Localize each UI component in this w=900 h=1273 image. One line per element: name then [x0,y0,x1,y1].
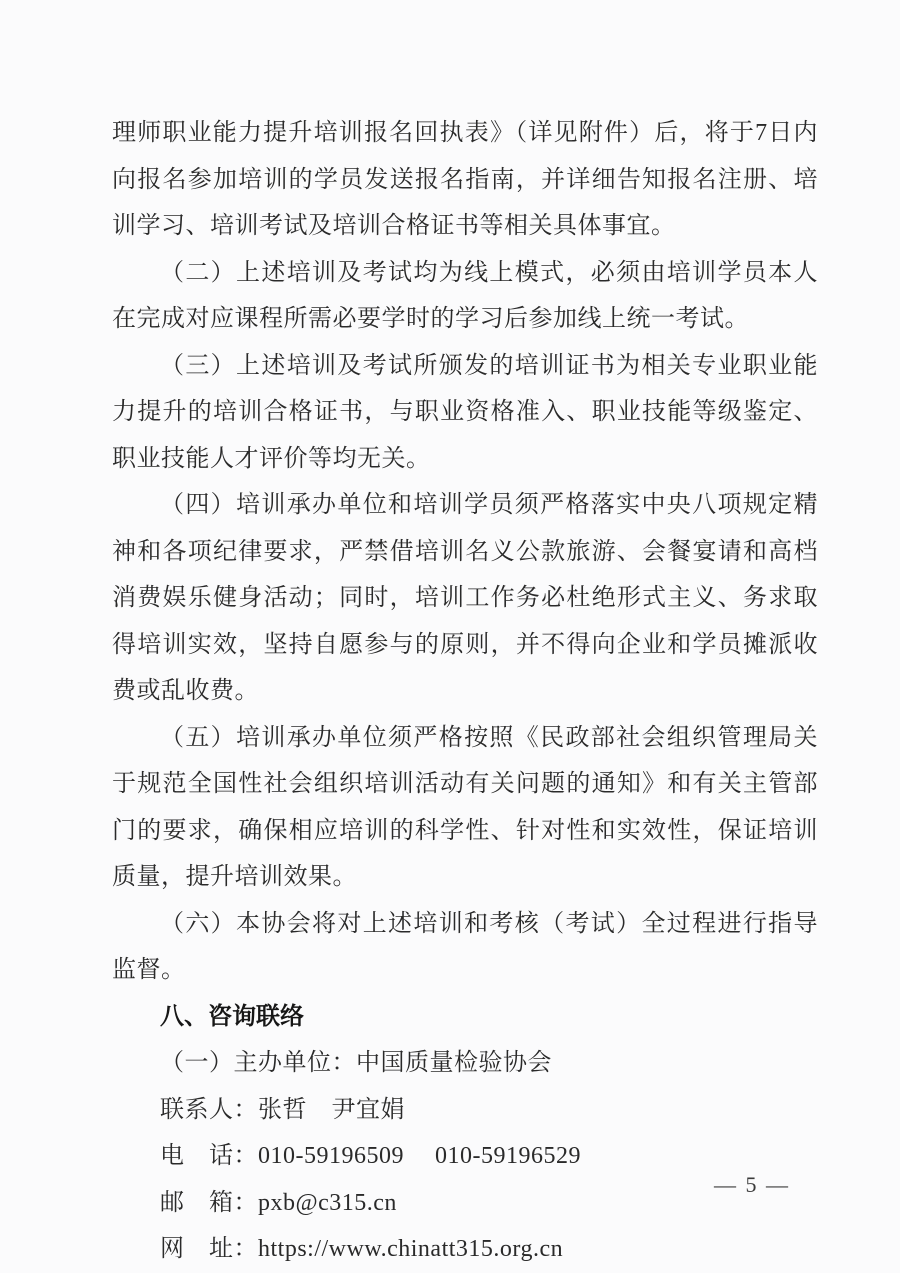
paragraph-item-4: （四）培训承办单位和培训学员须严格落实中央八项规定精神和各项纪律要求，严禁借培训… [112,482,818,715]
page-number: — 5 — [714,1172,790,1198]
document-page: 理师职业能力提升培训报名回执表》（详见附件）后，将于7日内向报名参加培训的学员发… [0,0,900,1273]
document-body: 理师职业能力提升培训报名回执表》（详见附件）后，将于7日内向报名参加培训的学员发… [112,110,818,1273]
paragraph-continuation: 理师职业能力提升培训报名回执表》（详见附件）后，将于7日内向报名参加培训的学员发… [112,110,818,250]
paragraph-item-6: （六）本协会将对上述培训和考核（考试）全过程进行指导监督。 [112,901,818,994]
contact-website-line: 网 址：https://www.chinatt315.org.cn [112,1226,818,1273]
section-heading-consultation: 八、咨询联络 [112,994,818,1041]
contact-email-line: 邮 箱：pxb@c315.cn [112,1180,818,1227]
contact-person-line: 联系人：张哲 尹宜娟 [112,1087,818,1134]
paragraph-item-2: （二）上述培训及考试均为线上模式，必须由培训学员本人在完成对应课程所需必要学时的… [112,250,818,343]
contact-phone-line: 电 话：010-59196509 010-59196529 [112,1133,818,1180]
contact-organizer-line: （一）主办单位：中国质量检验协会 [112,1040,818,1087]
paragraph-item-3: （三）上述培训及考试所颁发的培训证书为相关专业职业能力提升的培训合格证书，与职业… [112,343,818,483]
paragraph-item-5: （五）培训承办单位须严格按照《民政部社会组织管理局关于规范全国性社会组织培训活动… [112,715,818,901]
